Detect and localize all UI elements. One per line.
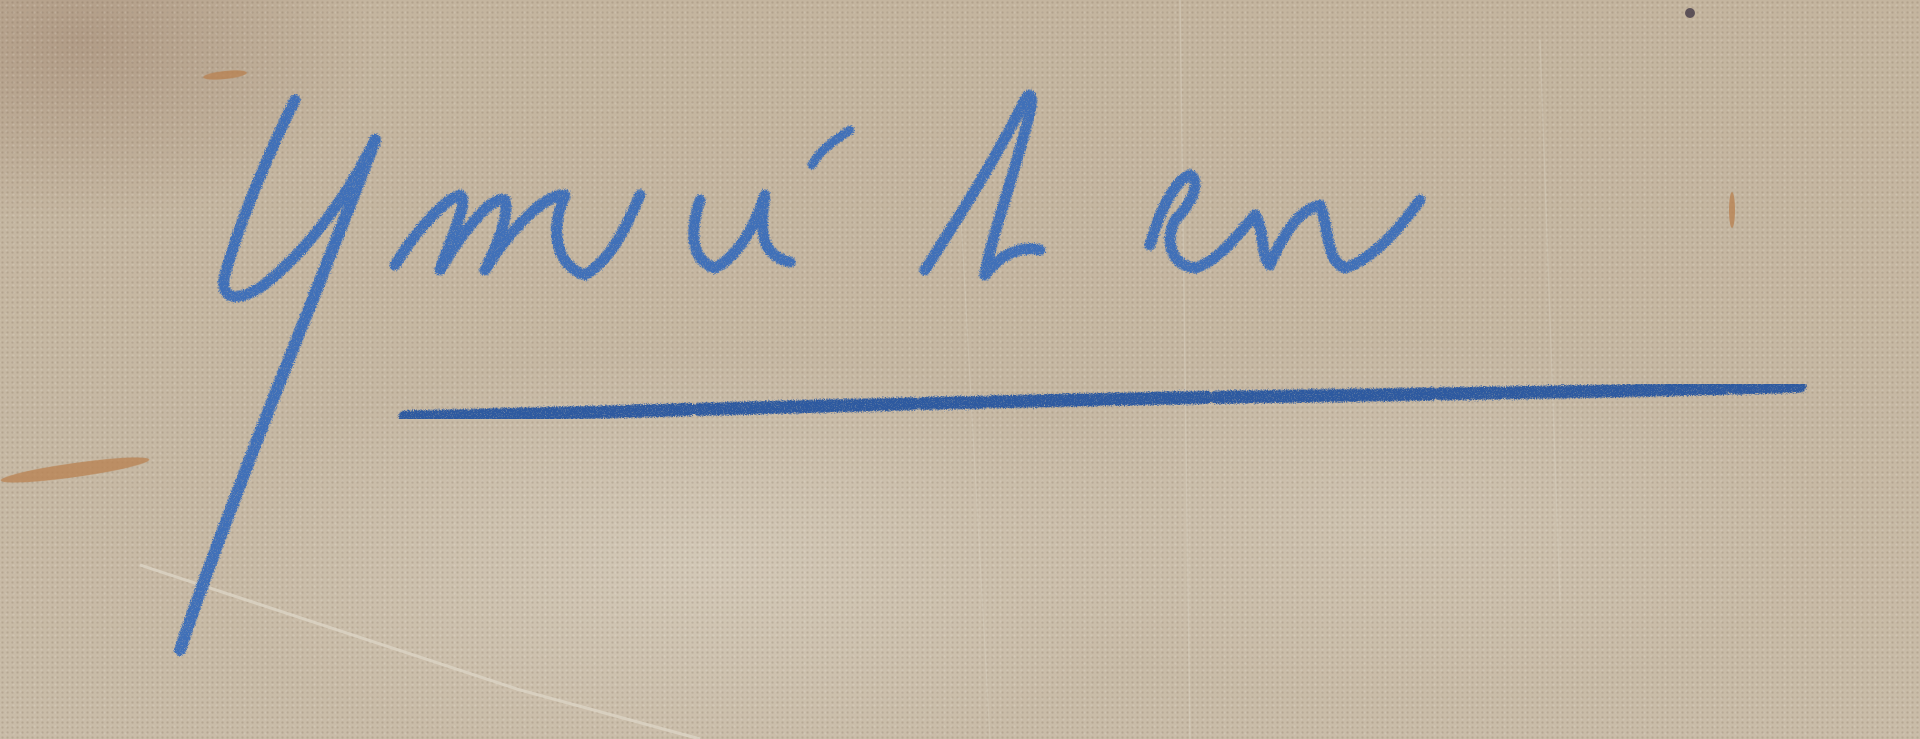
signature (180, 95, 1420, 650)
cardboard-surface: Gmühlen (0, 0, 1920, 739)
signature-underline (405, 386, 1800, 417)
signature-artwork (0, 0, 1920, 739)
surface-scratches (140, 0, 1560, 739)
surface-stains (0, 8, 1735, 487)
